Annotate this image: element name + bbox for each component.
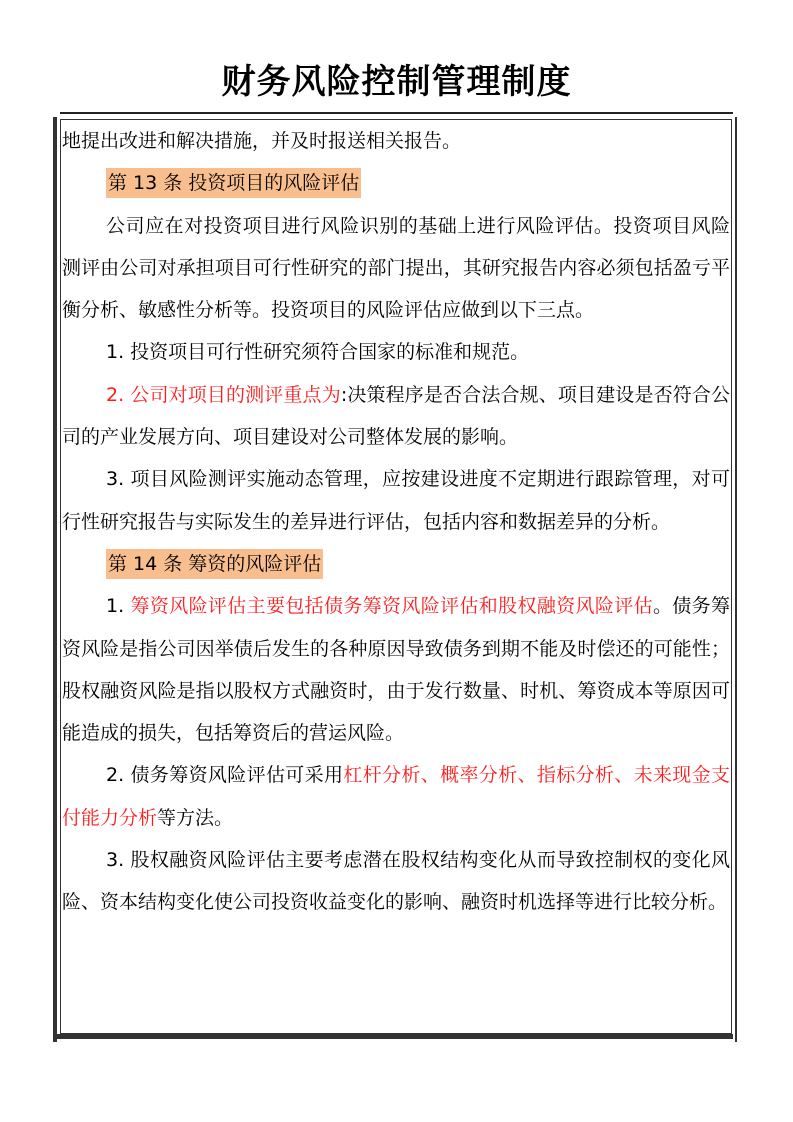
continuation-paragraph: 地提出改进和解决措施，并及时报送相关报告。	[62, 120, 730, 162]
bottom-frame-border	[57, 1034, 733, 1039]
article-13-item-2: 2. 公司对项目的测评重点为:决策程序是否合法合规、项目建设是否符合公司的产业发…	[62, 374, 730, 459]
article-14-item-2: 2. 债务筹资风险评估可采用杠杆分析、概率分析、指标分析、未来现金支付能力分析等…	[62, 754, 730, 839]
document-body: 地提出改进和解决措施，并及时报送相关报告。 第 13 条 投资项目的风险评估 公…	[62, 120, 730, 924]
article-14-item-1: 1. 筹资风险评估主要包括债务筹资风险评估和股权融资风险评估。债务筹资风险是指公…	[62, 585, 730, 754]
article-13-item-1: 1. 投资项目可行性研究须符合国家的标准和规范。	[62, 331, 730, 373]
article-13-intro: 公司应在对投资项目进行风险识别的基础上进行风险评估。投资项目风险测评由公司对承担…	[62, 205, 730, 332]
article-13-item-2-emphasis: 2. 公司对项目的测评重点为	[106, 384, 341, 406]
article-13-heading-row: 第 13 条 投资项目的风险评估	[62, 162, 730, 204]
article-14-item-1-emphasis: 筹资风险评估主要包括债务筹资风险评估和股权融资风险评估	[131, 595, 653, 617]
article-14-item-1-text: 。债务筹资风险是指公司因举债后发生的各种原因导致债务到期不能及时偿还的可能性；股…	[62, 595, 730, 744]
top-rule-divider	[60, 112, 733, 114]
article-14-heading: 第 14 条 筹资的风险评估	[106, 549, 323, 579]
article-14-item-3: 3. 股权融资风险评估主要考虑潜在股权结构变化从而导致控制权的变化风险、资本结构…	[62, 839, 730, 924]
article-14-heading-row: 第 14 条 筹资的风险评估	[62, 543, 730, 585]
article-14-item-2-text: 等方法。	[157, 807, 233, 829]
article-14-item-2-prefix: 2. 债务筹资风险评估可采用	[106, 764, 343, 786]
article-14-item-1-prefix: 1.	[106, 595, 131, 617]
document-title: 财务风险控制管理制度	[0, 60, 793, 104]
article-13-item-3: 3. 项目风险测评实施动态管理，应按建设进度不定期进行跟踪管理，对可行性研究报告…	[62, 458, 730, 543]
article-13-heading: 第 13 条 投资项目的风险评估	[106, 168, 361, 198]
